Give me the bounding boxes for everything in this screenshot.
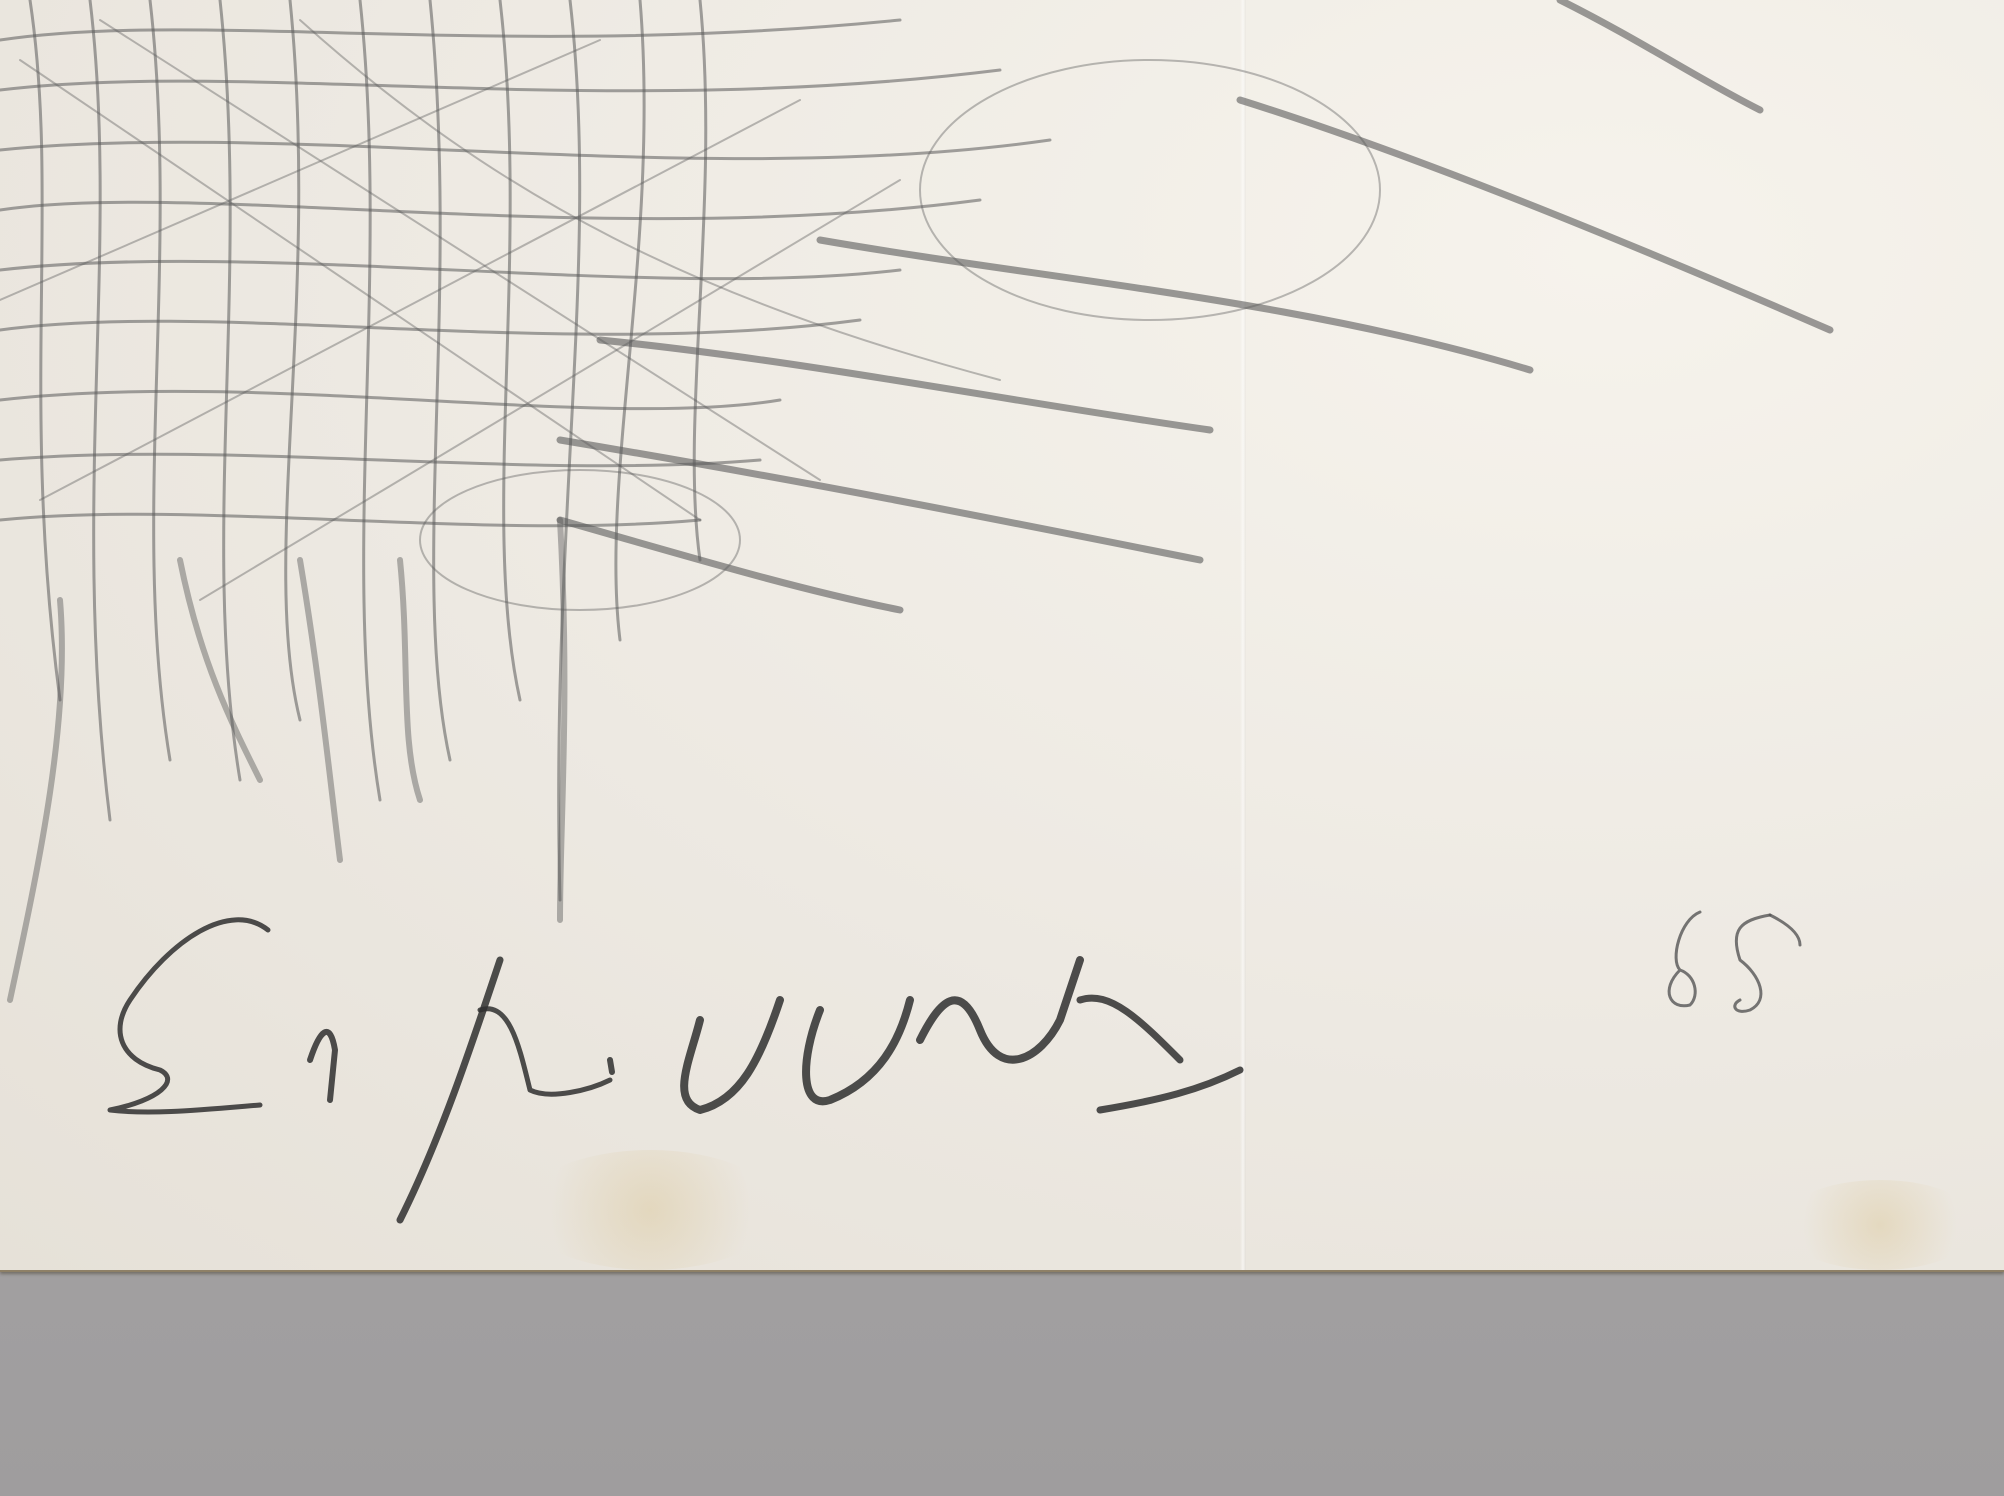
- artist-signature: [110, 920, 1240, 1220]
- drawing-paper-sheet: Sergio Dangelo 85: [0, 0, 2004, 1272]
- pencil-scribble-drawing: [0, 0, 2004, 1270]
- date-85: [1669, 912, 1800, 1011]
